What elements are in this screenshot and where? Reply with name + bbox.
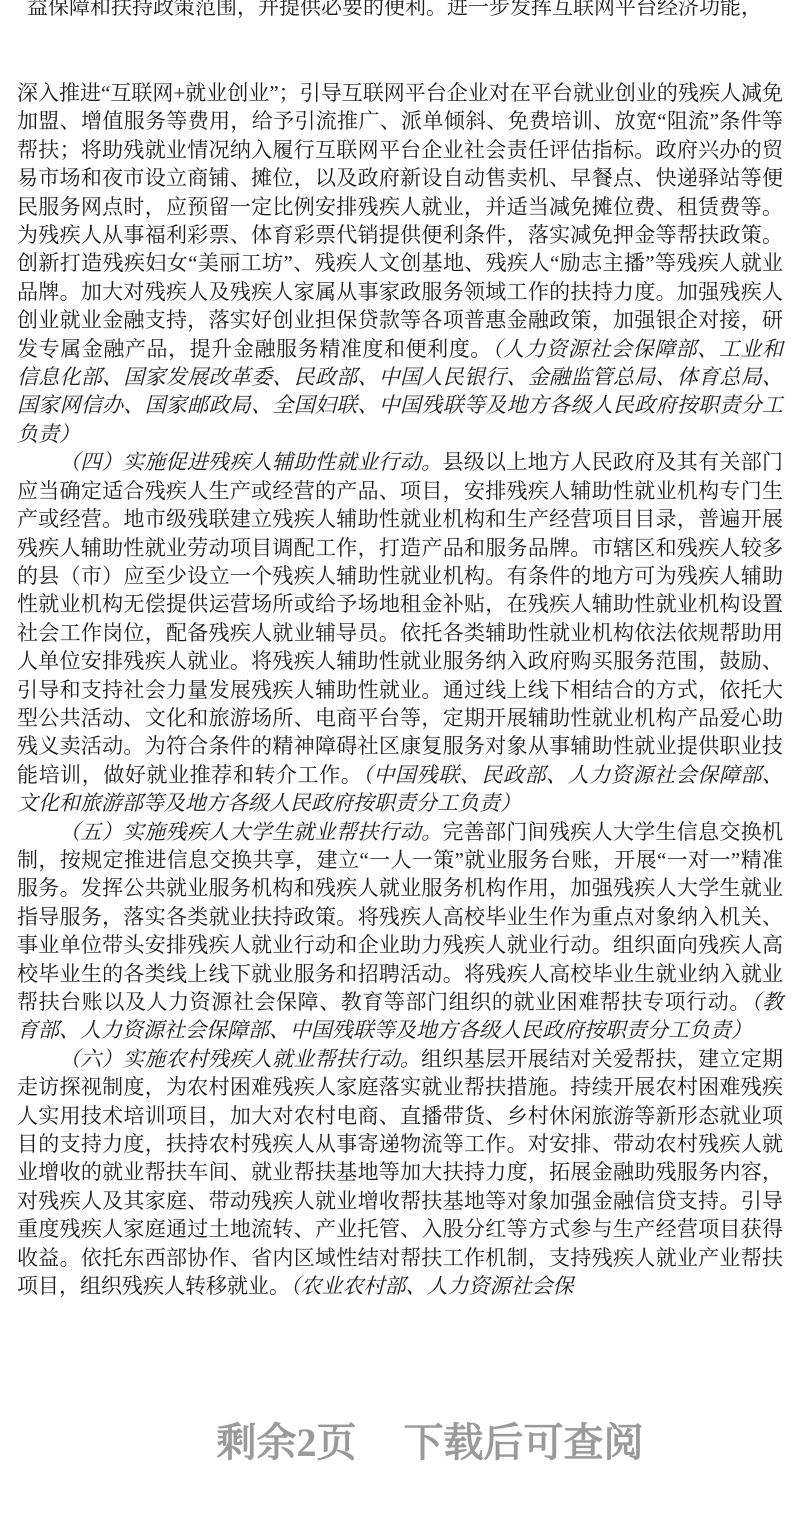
paragraph: 深入推进“互联网+就业创业”；引导互联网平台企业对在平台就业创业的残疾人减免加盟… bbox=[17, 79, 783, 448]
document-body: 深入推进“互联网+就业创业”；引导互联网平台企业对在平台就业创业的残疾人减免加盟… bbox=[17, 79, 783, 1300]
preview-footer: 剩余2页下载后可查阅 bbox=[60, 1421, 800, 1465]
text-run-song: 完善部门间残疾人大学生信息交换机制，按规定推进信息交换共享，建立“一人一策”就业… bbox=[17, 820, 783, 1014]
pages-remaining-label: 剩余2页 bbox=[217, 1420, 357, 1465]
document-preview-page: 益保障和扶持政策范围，并提供必要的便利。进一步发挥互联网平台经济功能， 深入推进… bbox=[0, 0, 800, 1523]
text-run-song: 组织基层开展结对关爱帮扶，建立定期走访探视制度，为农村困难残疾人家庭落实就业帮扶… bbox=[17, 1047, 783, 1298]
top-clipped-line: 益保障和扶持政策范围，并提供必要的便利。进一步发挥互联网平台经济功能， bbox=[27, 0, 787, 21]
text-run-kai: （农业农村部、人力资源社会保 bbox=[290, 1274, 574, 1298]
paragraph: （四）实施促进残疾人辅助性就业行动。县级以上地方人民政府及其有关部门应当确定适合… bbox=[17, 448, 783, 817]
text-run-kai: （四）实施促进残疾人辅助性就业行动。 bbox=[59, 450, 442, 474]
paragraph: （六）实施农村残疾人就业帮扶行动。组织基层开展结对关爱帮扶，建立定期走访探视制度… bbox=[17, 1045, 783, 1301]
download-hint-label: 下载后可查阅 bbox=[404, 1420, 644, 1465]
text-run-kai: （六）实施农村残疾人就业帮扶行动。 bbox=[59, 1047, 421, 1071]
paragraph: （五）实施残疾人大学生就业帮扶行动。完善部门间残疾人大学生信息交换机制，按规定推… bbox=[17, 818, 783, 1045]
text-run-kai: （五）实施残疾人大学生就业帮扶行动。 bbox=[59, 820, 442, 844]
text-run-song: 深入推进“互联网+就业创业”；引导互联网平台企业对在平台就业创业的残疾人减免加盟… bbox=[17, 81, 783, 361]
text-run-song: 县级以上地方人民政府及其有关部门应当确定适合残疾人生产或经营的产品、项目，安排残… bbox=[17, 450, 783, 786]
